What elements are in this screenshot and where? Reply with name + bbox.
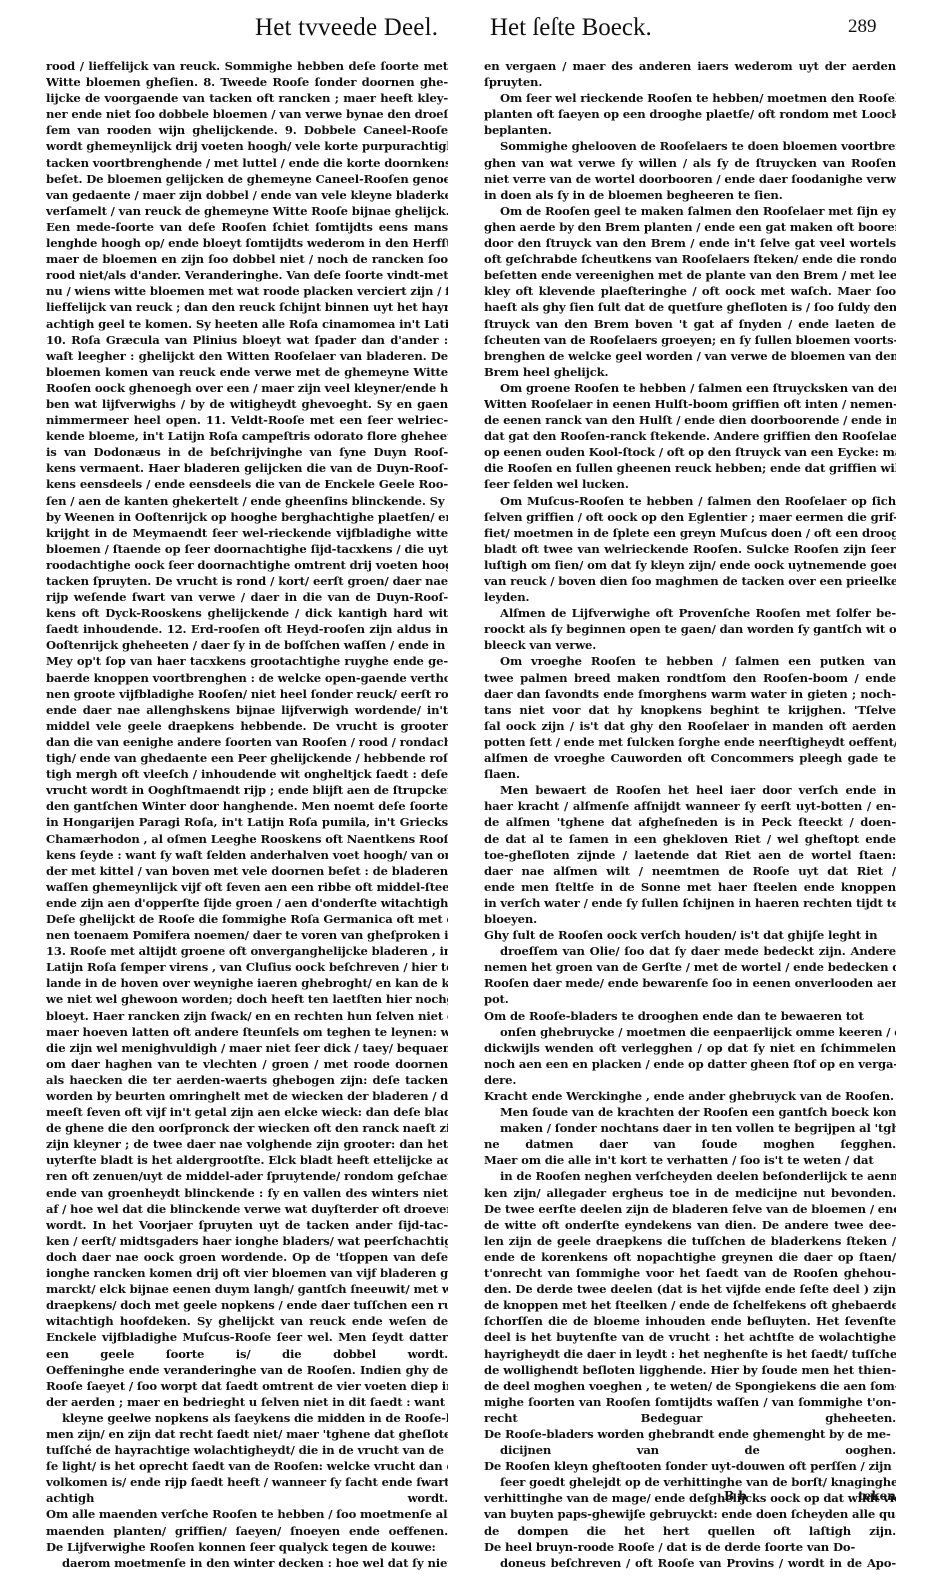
text-line: Een mede-ſoorte van deſe Rooſen ſchiet ſ… xyxy=(46,219,448,235)
text-line: planten oft ſaeyen op een drooghe plaetſ… xyxy=(484,106,896,122)
text-line: recht Bedeguar gheheeten. xyxy=(484,1410,896,1426)
text-line: 10. Roſa Græcula van Plinius bloeyt wat … xyxy=(46,332,448,348)
text-line: waſt leegher : ghelijckt den Witten Rooſ… xyxy=(46,348,448,364)
text-line: 13. Rooſe met altijdt groene oft onverga… xyxy=(46,943,448,959)
text-line: dicijnen van de ooghen. xyxy=(484,1442,896,1458)
text-line: Om alle maenden verſche Rooſen te hebben… xyxy=(46,1506,448,1522)
text-line: ſeer goedt ghelejdt op de verhittinghe v… xyxy=(484,1474,896,1490)
text-line: Om Muſcus-Rooſen te hebben / ſalmen den … xyxy=(484,493,896,509)
text-line: De Lijfverwighe Rooſen konnen ſeer qualy… xyxy=(46,1539,448,1555)
text-line: draepkens/ doch met geele nopkens / ende… xyxy=(46,1297,448,1313)
catchword: teken xyxy=(858,1489,896,1503)
text-line: Om ſeer wel rieckende Rooſen te hebben/ … xyxy=(484,90,896,106)
text-line: nimmermeer heel open. 11. Veldt-Rooſe me… xyxy=(46,412,448,428)
text-line: kens oft Dyck-Rooskens ghelijckende / di… xyxy=(46,605,448,621)
running-title-book: Het ſeſte Boeck. xyxy=(490,14,652,42)
text-line: fiet/ moetmen in de ſplete een greyn Muſ… xyxy=(484,525,896,541)
text-line: ſe light/ is het oprecht ſaedt van de Ro… xyxy=(46,1458,448,1474)
text-line: door den ſtruyck van den Brem / ende in'… xyxy=(484,235,896,251)
text-line: baerde knoppen voortbrenghen : de welcke… xyxy=(46,670,448,686)
text-line: de ghene die den oorſpronck der wiecken … xyxy=(46,1120,448,1136)
text-line: tans niet voor dat hy knopkens beghint t… xyxy=(484,702,896,718)
text-line: vrucht wordt in Ooghſtmaendt rijp ; ende… xyxy=(46,782,448,798)
text-line: Latijn Roſa ſemper virens , van Cluſius … xyxy=(46,959,448,975)
text-line: tacken ſpruyten. De vrucht is rond / kor… xyxy=(46,573,448,589)
text-line: der aerden ; maer en bedrieght u ſelven … xyxy=(46,1394,448,1410)
text-line: droeſſem van Olie/ ſoo dat ſy daer mede … xyxy=(484,943,896,959)
text-line: ſem van rooden wijn ghelijckende. 9. Dob… xyxy=(46,122,448,138)
text-line: en vergaen / maer des anderen iaers wede… xyxy=(484,58,896,74)
text-line: bloeyen. xyxy=(484,911,896,927)
text-line: achtigh wordt. xyxy=(46,1490,448,1506)
text-line: Kracht ende Werckinghe , ende ander gheb… xyxy=(484,1088,896,1104)
running-title-part: Het tvveede Deel. xyxy=(255,14,438,42)
text-line: Maer om die alle in't kort te verhatten … xyxy=(484,1152,896,1168)
text-line: ſlaen. xyxy=(484,766,896,782)
text-line: leyden. xyxy=(484,589,896,605)
text-line: Men bewaert de Rooſen het heel iaer door… xyxy=(484,782,896,798)
text-line: rijp weſende ſwart van verwe / daer in d… xyxy=(46,589,448,605)
text-line: achtigh geel te komen. Sy heeten alle Ro… xyxy=(46,316,448,332)
text-line: ende daer nae allenghskens bijnae lijfve… xyxy=(46,702,448,718)
text-line: tacken voortbrenghende / met luttel / en… xyxy=(46,155,448,171)
text-line: van buyten paps-ghewijſe gebruyckt: ende… xyxy=(484,1506,896,1522)
text-line: ſen / aen de kanten ghekertelt / ende gh… xyxy=(46,493,448,509)
text-line: bleeck van verwe. xyxy=(484,637,896,653)
text-line: maer hoeven latten oft andere ſteunſels … xyxy=(46,1024,448,1040)
text-line: rood / lieffelijck van reuck. Sommighe h… xyxy=(46,58,448,74)
text-line: in verſch water / ende ſy ſullen ſchijne… xyxy=(484,895,896,911)
text-line: waſſen ghemeynlijck vijf oft ſeven aen e… xyxy=(46,879,448,895)
text-line: niet verre van de wortel doorbooren / en… xyxy=(484,171,896,187)
text-line: maenden planten/ griffien/ ſaeyen/ ſnoey… xyxy=(46,1523,448,1539)
text-line: toe-gheſloten zijnde / laetende dat Riet… xyxy=(484,847,896,863)
right-text-column: en vergaen / maer des anderen iaers wede… xyxy=(484,58,896,1571)
text-line: ne datmen daer van ſoude moghen ſegghen. xyxy=(484,1136,896,1152)
text-line: de knoppen met het ſteelken / ende de ſc… xyxy=(484,1297,896,1313)
text-line: ſal oock zijn / is't dat ghy den Rooſela… xyxy=(484,718,896,734)
text-line: nen groote vijfbladighe Rooſen/ niet hee… xyxy=(46,686,448,702)
text-line: Om vroeghe Rooſen te hebben / ſalmen een… xyxy=(484,653,896,669)
text-line: om daer haghen van te vlechten / groen /… xyxy=(46,1056,448,1072)
text-line: lenghde hoogh op/ ende bloeyt ſomtijdts … xyxy=(46,235,448,251)
text-line: af / hoe wel dat die blinckende verwe wa… xyxy=(46,1201,448,1217)
text-line: den gantſchen Winter door hanghende. Men… xyxy=(46,798,448,814)
text-line: krijght in de Meymaendt ſeer wel-riecken… xyxy=(46,525,448,541)
text-line: men zijn/ en zijn dat recht ſaedt niet/ … xyxy=(46,1426,448,1442)
text-line: haeſt als ghy ſien ſult dat de quetſure … xyxy=(484,299,896,315)
text-line: ende zijn aen d'opperſte ſijde groen / a… xyxy=(46,895,448,911)
text-line: wordt ghemeynlijck drij voeten hoogh/ ve… xyxy=(46,138,448,154)
text-line: bloeyt. Haer rancken zijn ſwack/ en en r… xyxy=(46,1008,448,1024)
text-line: onſen ghebruycke / moetmen die eenpaerli… xyxy=(484,1024,896,1040)
text-line: kens ſeyde : want ſy waſt ſelden anderha… xyxy=(46,847,448,863)
text-line: de eenen ranck van den Hulſt / ende dien… xyxy=(484,412,896,428)
text-line: van gedaente / maer zijn dobbel / ende v… xyxy=(46,187,448,203)
text-line: ſeer ſelden wel lucken. xyxy=(484,476,896,492)
text-line: maer de bloemen en zijn ſoo dobbel niet … xyxy=(46,251,448,267)
text-line: doch daer nae oock groen wordende. Op de… xyxy=(46,1249,448,1265)
text-line: bladt oft twee van welrieckende Rooſen. … xyxy=(484,541,896,557)
text-line: oft geſchrabde ſcheutkens van Rooſelaers… xyxy=(484,251,896,267)
text-line: die Rooſen en ſullen gheenen reuck hebbe… xyxy=(484,460,896,476)
text-line: daer nae alſmen wilt / neemtmen de Rooſe… xyxy=(484,863,896,879)
text-line: Chamærhodon , al oſmen Leeghe Rooskens o… xyxy=(46,831,448,847)
text-line: ner ende niet ſoo dobbele bloemen / van … xyxy=(46,106,448,122)
text-line: ende men ſteltſe in de Sonne met haer ſt… xyxy=(484,879,896,895)
text-line: brenghen de welcke geel worden / van ver… xyxy=(484,348,896,364)
text-line: daerom moetmenſe in den winter decken : … xyxy=(46,1555,448,1571)
text-line: meeſt ſeven oft vijf in't getal zijn aen… xyxy=(46,1104,448,1120)
text-line: beplanten. xyxy=(484,122,896,138)
text-line: in de Rooſen neghen verſcheyden deelen b… xyxy=(484,1168,896,1184)
text-line: potten ſett / ende met ſulcken ſorghe en… xyxy=(484,734,896,750)
text-line: Alſmen de Lijfverwighe oft Provenſche Ro… xyxy=(484,605,896,621)
text-line: dat gat den Rooſen-ranck ſtekende. Ander… xyxy=(484,428,896,444)
text-line: ende de korenkens oft nopachtighe greyne… xyxy=(484,1249,896,1265)
text-line: ſelven griffien / oft oock op den Eglent… xyxy=(484,509,896,525)
text-line: volkomen is/ ende rijp ſaedt heeft / wan… xyxy=(46,1474,448,1490)
text-line: kleyne geelwe nopkens als ſaeykens die m… xyxy=(46,1410,448,1426)
text-line: kens vermaent. Haer bladeren gelijcken d… xyxy=(46,460,448,476)
text-line: Witte bloemen gheſien. 8. Tweede Rooſe ſ… xyxy=(46,74,448,90)
text-line: Mey op't ſop van haer tacxkens grootacht… xyxy=(46,653,448,669)
text-line: nu / wiens witte bloemen met wat roode p… xyxy=(46,283,448,299)
text-line: op eenen ouden Kool-ſtock / oft op den ſ… xyxy=(484,444,896,460)
text-line: kens eensdeels / ende eensdeels die van … xyxy=(46,476,448,492)
text-line: tigh mergh oft vleeſch / inhoudende wit … xyxy=(46,766,448,782)
text-line: by Weenen in Ooſtenrijck op hooghe bergh… xyxy=(46,509,448,525)
text-line: worden by beurten omringhelt met de wiec… xyxy=(46,1088,448,1104)
text-line: rood niet/als d'ander. Veranderinghe. Va… xyxy=(46,267,448,283)
text-line: we niet wel ghewoon worden; doch heeft t… xyxy=(46,991,448,1007)
text-line: nen toenaem Pomifera noemen/ daer te vor… xyxy=(46,927,448,943)
text-line: ſtruyck van den Brem boven 't gat af ſny… xyxy=(484,316,896,332)
text-line: maken / ſonder nochtans daer in ten voll… xyxy=(484,1120,896,1136)
text-line: is van Dodonæus in de beſchrijvinghe van… xyxy=(46,444,448,460)
text-line: Witten Rooſelaer in eenen Hulſt-boom gri… xyxy=(484,396,896,412)
text-line: de wollighendt beſloten ligghende. Hier … xyxy=(484,1362,896,1378)
text-line: de dat al te ſamen in een ghekloven Riet… xyxy=(484,831,896,847)
text-line: witachtigh hoofdeken. Sy ghelijckt van r… xyxy=(46,1313,448,1329)
text-line: alſmen de vroeghe Cauworden oft Concomme… xyxy=(484,750,896,766)
text-line: een geele ſoorte is/ die dobbel wordt. xyxy=(46,1346,448,1362)
text-line: dere. xyxy=(484,1072,896,1088)
text-line: in doen als ſy in de bloemen begheeren t… xyxy=(484,187,896,203)
text-line: wordt. In het Voorjaer ſpruyten uyt de t… xyxy=(46,1217,448,1233)
text-line: Deſe ghelijckt de Rooſe die ſommighe Roſ… xyxy=(46,911,448,927)
text-line: de witte oft onderſte eyndekens van dien… xyxy=(484,1217,896,1233)
text-line: beſetten ende vereenighen met de plante … xyxy=(484,267,896,283)
text-line: ſchorſſen die de bloeme inhouden ende be… xyxy=(484,1313,896,1329)
text-line: kende bloeme, in't Latijn Roſa campeſtri… xyxy=(46,428,448,444)
text-line: zijn kleyner ; de twee daer nae volghend… xyxy=(46,1136,448,1152)
text-line: Oeffeninghe ende veranderinghe van de Ro… xyxy=(46,1362,448,1378)
text-line: pot. xyxy=(484,991,896,1007)
text-line: dickwijls wenden oft verlegghen / op dat… xyxy=(484,1040,896,1056)
text-line: ghen aerde by den Brem planten / ende ee… xyxy=(484,219,896,235)
text-line: Rooſen oock ghenoegh over een / maer zij… xyxy=(46,380,448,396)
text-line: in Hongarijen Paragi Roſa, in't Latijn R… xyxy=(46,814,448,830)
text-line: tuſſché de hayrachtige wolachtigheydt/ d… xyxy=(46,1442,448,1458)
text-line: De heel bruyn-roode Rooſe / dat is de de… xyxy=(484,1539,896,1555)
text-line: t'onrecht van ſommighe voor het ſaedt va… xyxy=(484,1265,896,1281)
text-line: De twee eerſte deelen zijn de bladeren ſ… xyxy=(484,1201,896,1217)
text-line: ende van groenheydt blinckende : ſy en v… xyxy=(46,1185,448,1201)
text-line: de alſmen 'tghene dat afgheſneden is in … xyxy=(484,814,896,830)
text-line: marckt/ elck bijnae eenen duym langh/ ga… xyxy=(46,1281,448,1297)
text-line: De Rooſe-bladers worden ghebrandt ende g… xyxy=(484,1426,896,1442)
text-line: Om de Rooſen geel te maken ſalmen den Ro… xyxy=(484,203,896,219)
text-line: Om de Rooſe-bladers te drooghen ende dan… xyxy=(484,1008,896,1024)
text-line: de dompen die het hert quellen oft laſti… xyxy=(484,1523,896,1539)
text-line: mighe ſoorten van Rooſen ſomtijdts waſſe… xyxy=(484,1394,896,1410)
text-line: roodachtighe oock ſeer doornachtighe omt… xyxy=(46,557,448,573)
page-number: 289 xyxy=(848,16,877,38)
text-line: als haecken die ter aerden-waerts ghebog… xyxy=(46,1072,448,1088)
text-line: middel vele geele draepkens hebbende. De… xyxy=(46,718,448,734)
text-line: lieffelijck van reuck ; dan den reuck ſc… xyxy=(46,299,448,315)
text-line: tigh/ ende van ghedaente een Peer ghelij… xyxy=(46,750,448,766)
text-line: doneus beſchreven / oft Rooſe van Provin… xyxy=(484,1555,896,1571)
text-line: ionghe rancken komen drij oft vier bloem… xyxy=(46,1265,448,1281)
text-line: de deel moghen voeghen , te weten/ de Sp… xyxy=(484,1378,896,1394)
text-line: Rooſe ſaeyet / ſoo worpt dat ſaedt omtre… xyxy=(46,1378,448,1394)
text-line: dan die van eenighe andere ſoorten van R… xyxy=(46,734,448,750)
text-line: deel is het buytenſte van de vrucht : he… xyxy=(484,1329,896,1345)
text-line: Sommighe ghelooven de Rooſelaers te doen… xyxy=(484,138,896,154)
text-line: daer dan ſavondts ende ſmorghens warm wa… xyxy=(484,686,896,702)
text-line: die zijn wel menighvuldigh / maer niet ſ… xyxy=(46,1040,448,1056)
text-line: Ghy ſult de Rooſen oock verſch houden/ i… xyxy=(484,927,896,943)
left-text-column: rood / lieffelijck van reuck. Sommighe h… xyxy=(46,58,448,1571)
text-line: Men ſoude van de krachten der Rooſen een… xyxy=(484,1104,896,1120)
text-line: beſet. De bloemen gelijcken de ghemeyne … xyxy=(46,171,448,187)
text-line: ben wat lijfverwighs / by de witigheydt … xyxy=(46,396,448,412)
text-line: bloemen / ſtaende op ſeer doornachtighe … xyxy=(46,541,448,557)
text-line: nemen het groen van de Gerſte / met de w… xyxy=(484,959,896,975)
text-line: Brem heel ghelijck. xyxy=(484,364,896,380)
text-line: kley oft klevende plaeſteringhe / oft oo… xyxy=(484,283,896,299)
text-line: Enckele vijfbladighe Muſcus-Rooſe ſeer w… xyxy=(46,1329,448,1345)
text-line: ren oft zenuen/uyt de middel-ader ſpruyt… xyxy=(46,1168,448,1184)
text-line: twee palmen breed maken rondtſom den Roo… xyxy=(484,670,896,686)
text-line: ken zijn/ allegader ergheus toe in de me… xyxy=(484,1185,896,1201)
text-line: ſpruyten. xyxy=(484,74,896,90)
text-line: ſaedt inhoudende. 12. Erd-rooſen oft Hey… xyxy=(46,621,448,637)
text-line: ſcheuten van de Rooſelaers groeyen; en ſ… xyxy=(484,332,896,348)
text-line: De Rooſen kleyn gheſtooten ſonder uyt-do… xyxy=(484,1458,896,1474)
signature-mark: B b xyxy=(724,1489,747,1503)
text-line: luſtigh om ſien/ om dat ſy kleyn zijn/ e… xyxy=(484,557,896,573)
page-header: Het tvveede Deel. Het ſeſte Boeck. 289 xyxy=(0,0,950,52)
text-line: Rooſen daer mede/ ende bewarenſe ſoo in … xyxy=(484,975,896,991)
text-line: Om groene Rooſen te hebben / ſalmen een … xyxy=(484,380,896,396)
text-line: bloemen komen van reuck ende verwe met d… xyxy=(46,364,448,380)
page-footer: B b teken xyxy=(484,1489,896,1507)
text-line: len zijn de geele draepkens die tuſſchen… xyxy=(484,1233,896,1249)
text-line: der met kittel / van boven met vele door… xyxy=(46,863,448,879)
text-line: Ooſtenrijck gheheeten / daer ſy in de bo… xyxy=(46,637,448,653)
text-line: lande in de hoven over weynighe iaeren g… xyxy=(46,975,448,991)
text-line: noch aen een en placken / ende op datter… xyxy=(484,1056,896,1072)
text-line: uyterſte bladt is het aldergrootſte. Elc… xyxy=(46,1152,448,1168)
text-line: ghen van wat verwe ſy willen / als ſy de… xyxy=(484,155,896,171)
text-line: haer kracht / alſmenſe afſnijdt wanneer … xyxy=(484,798,896,814)
text-line: ken / eerſt/ midtsgaders haer ionghe bla… xyxy=(46,1233,448,1249)
text-line: hayrigheydt die daer in leydt : het negh… xyxy=(484,1346,896,1362)
text-line: van reuck / boven dien ſoo maghmen de ta… xyxy=(484,573,896,589)
text-line: lijcke de voorgaende van tacken oft ranc… xyxy=(46,90,448,106)
text-line: roockt als ſy beginnen open te gaen/ dan… xyxy=(484,621,896,637)
text-line: verſamelt / van reuck de ghemeyne Witte … xyxy=(46,203,448,219)
text-line: den. De derde twee deelen (dat is het vi… xyxy=(484,1281,896,1297)
